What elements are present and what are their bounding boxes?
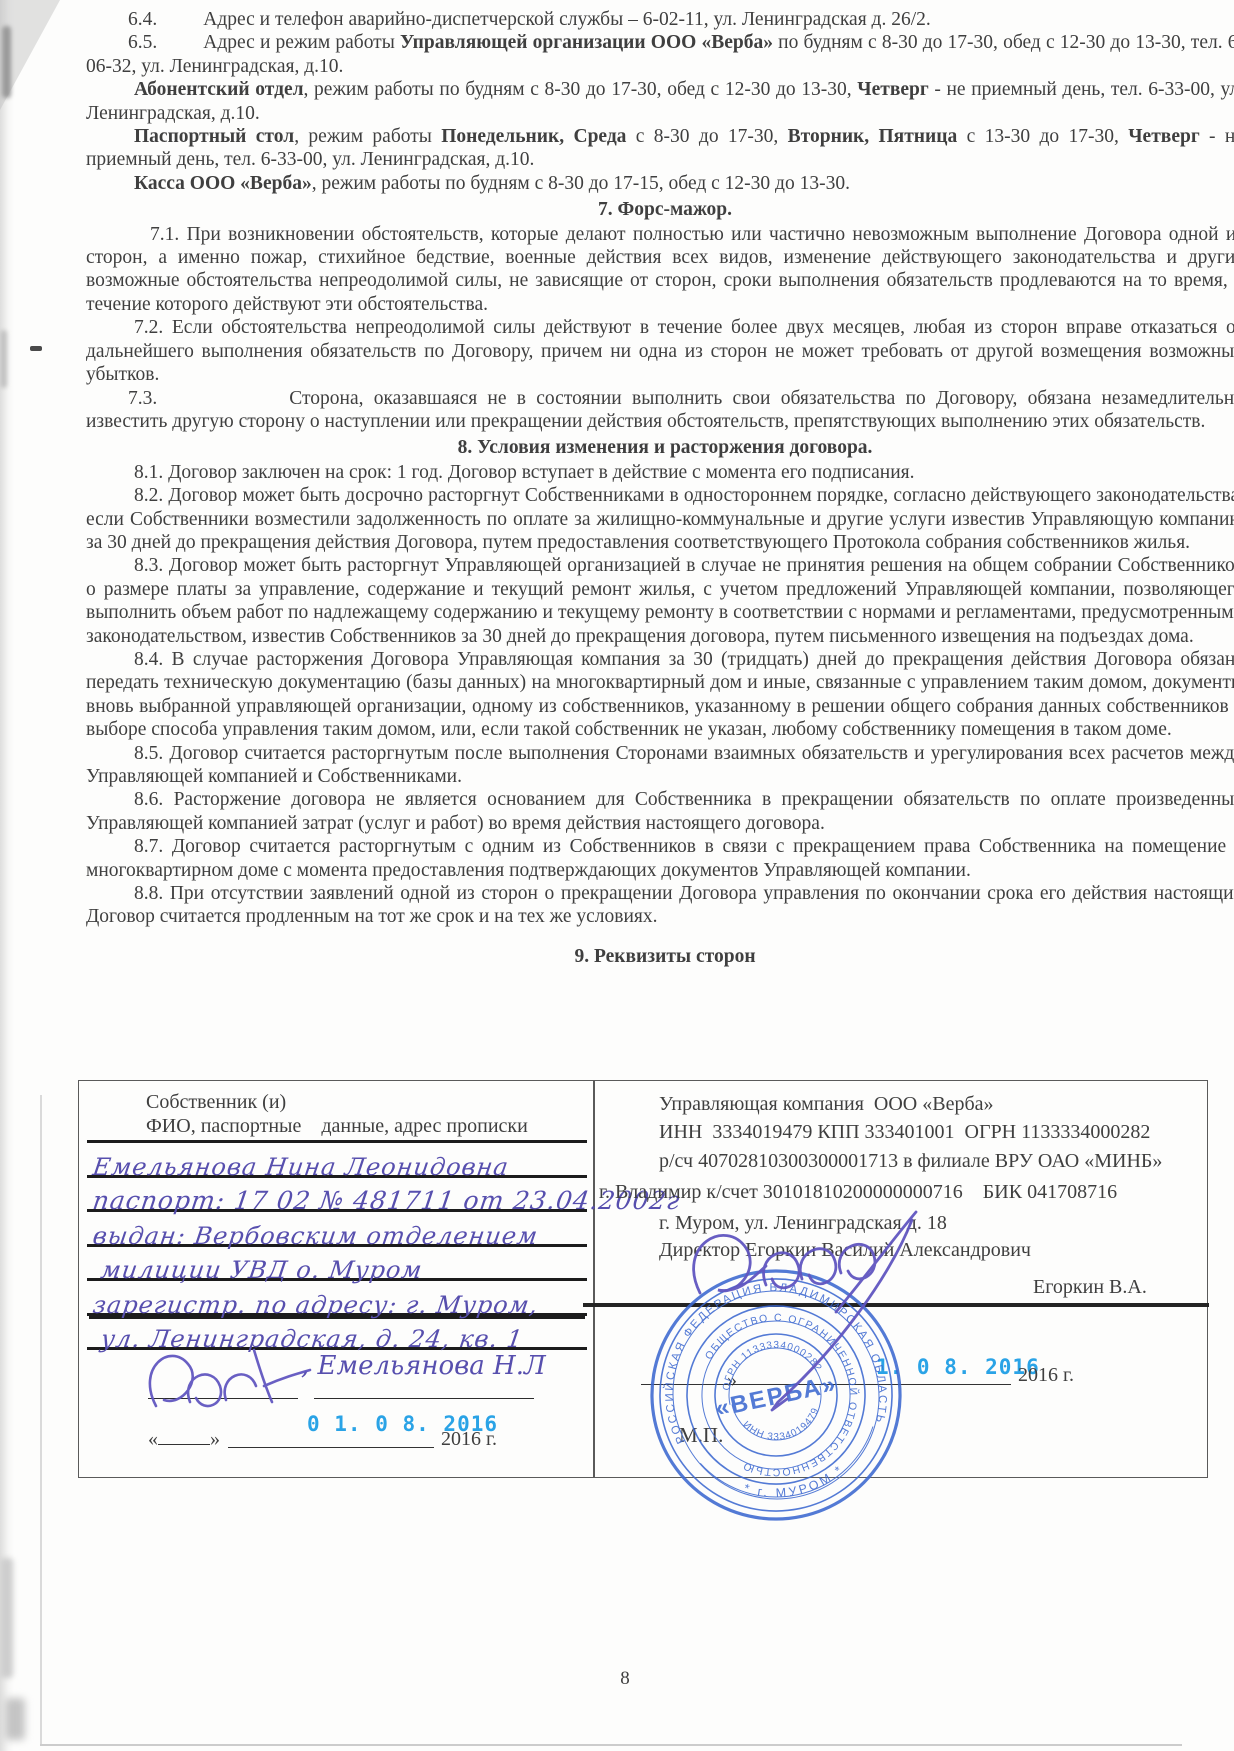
text-segment: 7. Форс-мажор.	[598, 199, 732, 220]
paragraph: 8.6. Расторжение договора не является ос…	[86, 788, 1234, 835]
text-segment: Сторона, оказавшаяся не в состоянии выпо…	[86, 388, 1234, 432]
text-segment: 8.1. Договор заключен на срок: 1 год. До…	[134, 462, 915, 483]
text-segment: 7.1. При возникновении обстоятельств, ко…	[86, 224, 1234, 315]
tab-space	[157, 24, 203, 25]
text-segment: с 13-30 до 17-30,	[957, 126, 1128, 147]
handwriting-line: зарегистр. по адресу: г. Муром,	[91, 1291, 540, 1319]
quote-open: «	[148, 1428, 158, 1450]
page-number: 8	[610, 1668, 640, 1690]
paragraph: 7.3.Сторона, оказавшаяся не в состоянии …	[86, 387, 1234, 434]
paragraph: 6.4.Адрес и телефон аварийно-диспетчерск…	[86, 8, 1234, 31]
paragraph: Касса ООО «Верба», режим работы по будня…	[86, 172, 1234, 195]
handwriting-line: Емельянова Нина Леонидовна	[91, 1153, 511, 1181]
text-segment: Управляющей организации ООО «Верба»	[400, 32, 773, 53]
text-segment: 8. Условия изменения и расторжения догов…	[458, 437, 873, 458]
paragraph: 8.2. Договор может быть досрочно расторг…	[86, 484, 1234, 554]
handwriting-line: милиции УВД о. Муром	[99, 1256, 424, 1284]
text-segment: 8.4. В случае расторжения Договора Управ…	[86, 649, 1234, 740]
scan-smudge	[0, 1558, 13, 1678]
text-segment: 8.2. Договор может быть досрочно расторг…	[86, 485, 1234, 553]
company-name: Управляющая компания ООО «Верба»	[659, 1093, 994, 1116]
text-segment: , режим работы	[294, 126, 441, 147]
company-account: р/сч 40702810300300001713 в филиале ВРУ …	[659, 1150, 1162, 1173]
paragraph: 8.3. Договор может быть расторгнут Управ…	[86, 554, 1234, 648]
text-segment: Четверг	[1128, 126, 1199, 147]
company-corr-account: г. Владимир к/счет 30101810200000000716 …	[599, 1181, 1117, 1204]
handwriting-line: выдан: Вербовским отделением	[91, 1222, 540, 1250]
quote-close: »	[210, 1428, 220, 1450]
scan-smudge	[5, 1698, 25, 1740]
text-segment: 8.7. Договор считается расторгнутым с од…	[86, 836, 1234, 880]
owner-subtitle: ФИО, паспортные данные, адрес прописки	[146, 1115, 528, 1138]
page-edge-line	[40, 1744, 1182, 1746]
scan-smudge	[2, 26, 11, 98]
scan-mark	[30, 346, 42, 351]
text-segment: Четверг	[857, 79, 928, 100]
owner-date-blank: «»	[148, 1427, 220, 1451]
company-year-label: 2016 г.	[1018, 1364, 1074, 1387]
paragraph: 8.4. В случае расторжения Договора Управ…	[86, 648, 1234, 742]
paragraph: Паспортный стол, режим работы Понедельни…	[86, 125, 1234, 172]
text-segment: , режим работы по будням с 8-30 до 17-30…	[304, 79, 858, 100]
handwriting-row: паспорт: 17 02 № 481711 от 23.04.2002г	[87, 1178, 587, 1213]
text-segment: 8.6. Расторжение договора не является ос…	[86, 789, 1234, 833]
owner-name-text: Емельянова Н.Л	[318, 1351, 546, 1381]
contract-text: 6.4.Адрес и телефон аварийно-диспетчерск…	[86, 8, 1234, 969]
text-segment: 8.8. При отсутствии заявлений одной из с…	[86, 883, 1234, 927]
separator: ,	[301, 1351, 309, 1381]
owner-title: Собственник (и)	[146, 1091, 286, 1114]
text-segment: с 8-30 до 17-30,	[626, 126, 787, 147]
owner-name-line	[314, 1398, 534, 1399]
company-signatory-name: Егоркин В.А.	[1033, 1276, 1147, 1299]
section-heading: 9. Реквизиты сторон	[86, 945, 1234, 968]
company-director: Директор Егоркин Василий Александрович	[659, 1239, 1031, 1262]
owner-handwriting-rows: Емельянова Нина Леонидовнапаспорт: 17 02…	[87, 1140, 587, 1350]
company-inn-kpp-ogrn: ИНН 3334019479 КПП 333401001 ОГРН 113333…	[659, 1121, 1150, 1144]
paragraph: 7.1. При возникновении обстоятельств, ко…	[86, 223, 1234, 317]
text-segment: 6.4.	[128, 9, 157, 30]
handwriting-row: ул. Ленинградская, д. 24, кв. 1	[87, 1316, 587, 1351]
handwriting-row: зарегистр. по адресу: г. Муром,	[87, 1281, 587, 1316]
paragraph: 8.5. Договор считается расторгнутым посл…	[86, 742, 1234, 789]
handwriting-line: паспорт: 17 02 № 481711 от 23.04.2002г	[91, 1186, 682, 1215]
paragraph: 8.7. Договор считается расторгнутым с од…	[86, 835, 1234, 882]
paragraph: 6.5.Адрес и режим работы Управляющей орг…	[86, 31, 1234, 78]
text-segment: , режим работы по будням с 8-30 до 17-15…	[312, 173, 850, 194]
text-segment: 8.5. Договор считается расторгнутым посл…	[86, 743, 1234, 787]
owner-year-label: 2016 г.	[441, 1428, 497, 1451]
tab-space	[157, 47, 203, 48]
text-segment: Адрес и режим работы	[203, 32, 400, 53]
text-segment: Понедельник, Среда	[441, 126, 626, 147]
page-edge-line	[40, 1095, 42, 1746]
owner-signature-line	[148, 1398, 298, 1399]
scan-edge-shadow	[0, 0, 14, 1751]
section-heading: 8. Условия изменения и расторжения догов…	[86, 436, 1234, 459]
text-segment: 7.2. Если обстоятельства непреодолимой с…	[86, 317, 1234, 385]
text-segment: 9. Реквизиты сторон	[574, 946, 755, 967]
text-segment: Вторник, Пятница	[788, 126, 958, 147]
paragraph: 8.1. Договор заключен на срок: 1 год. До…	[86, 461, 1234, 484]
text-segment: Касса ООО «Верба»	[134, 173, 312, 194]
owner-date-line	[228, 1447, 434, 1448]
paragraph: Абонентский отдел, режим работы по будня…	[86, 78, 1234, 125]
table-column-divider	[593, 1081, 595, 1477]
handwriting-row: милиции УВД о. Муром	[87, 1247, 587, 1282]
text-segment: Паспортный стол	[134, 126, 294, 147]
paragraph: 8.8. При отсутствии заявлений одной из с…	[86, 882, 1234, 929]
text-segment: Адрес и телефон аварийно-диспетчерской с…	[203, 9, 931, 30]
handwriting-row: Емельянова Нина Леонидовна	[87, 1143, 587, 1178]
owner-signature-name: , Емельянова Н.Л	[301, 1351, 546, 1381]
scan-smudge	[0, 330, 7, 388]
handwriting-line: ул. Ленинградская, д. 24, кв. 1	[99, 1325, 525, 1353]
company-address: г. Муром, ул. Ленинградская д. 18	[659, 1212, 947, 1235]
tab-space	[157, 403, 289, 404]
text-segment: 7.3.	[128, 388, 157, 409]
paragraph: 7.2. Если обстоятельства непреодолимой с…	[86, 316, 1234, 386]
day-blank	[158, 1427, 210, 1445]
company-round-seal: РОССИЙСКАЯ ФЕДЕРАЦИЯ ВЛАДИМИРСКАЯ ОБЛАСТ…	[641, 1262, 911, 1542]
text-segment: 8.3. Договор может быть расторгнут Управ…	[86, 555, 1234, 646]
text-segment: Абонентский отдел	[134, 79, 304, 100]
text-segment: 6.5.	[128, 32, 157, 53]
handwriting-row: выдан: Вербовским отделением	[87, 1212, 587, 1247]
section-heading: 7. Форс-мажор.	[86, 198, 1234, 221]
